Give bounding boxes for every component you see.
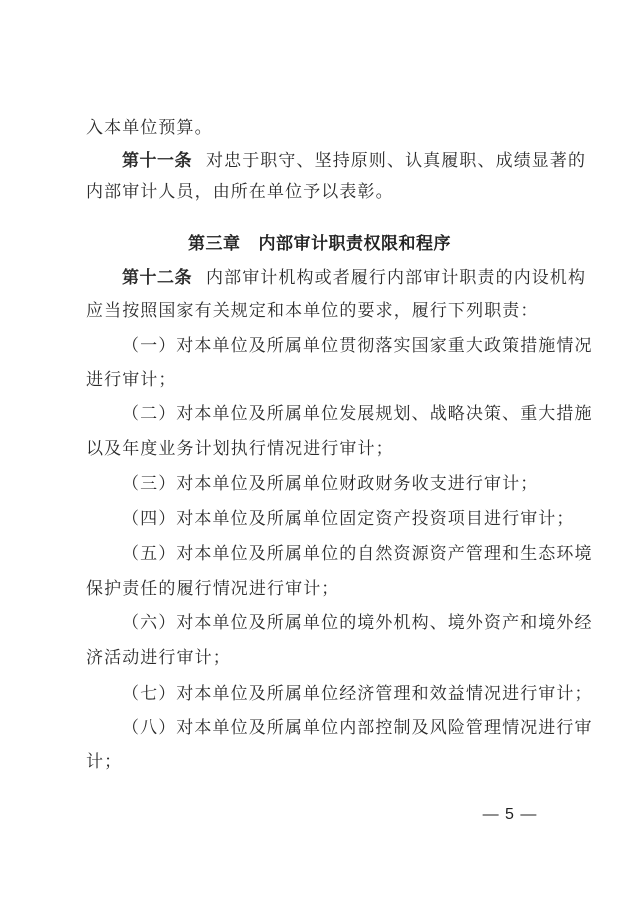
list-item-8-continuation: 计； (86, 750, 552, 774)
chapter-heading: 第三章内部审计职责权限和程序 (0, 232, 639, 256)
list-item-1: （一）对本单位及所属单位贯彻落实国家重大政策措施情况 (122, 334, 552, 358)
list-item-5: （五）对本单位及所属单位的自然资源资产管理和生态环境 (122, 542, 552, 566)
text-line: 对忠于职守、坚持原则、认真履职、成绩显著的 (206, 151, 586, 171)
chapter-title: 内部审计职责权限和程序 (259, 234, 452, 254)
text-line: （六）对本单位及所属单位的境外机构、境外资产和境外经 (122, 613, 593, 633)
text-line: （一）对本单位及所属单位贯彻落实国家重大政策措施情况 (122, 336, 593, 356)
text-line: 内部审计机构或者履行内部审计职责的内设机构 (206, 268, 586, 288)
article-11: 第十一条对忠于职守、坚持原则、认真履职、成绩显著的 (122, 149, 552, 173)
chapter-label: 第三章 (188, 234, 241, 254)
list-item-8: （八）对本单位及所属单位内部控制及风险管理情况进行审 (122, 716, 552, 740)
article-label: 第十一条 (122, 151, 192, 171)
list-item-2-continuation: 以及年度业务计划执行情况进行审计； (86, 437, 552, 461)
text-line: （八）对本单位及所属单位内部控制及风险管理情况进行审 (122, 718, 593, 738)
text-line: （五）对本单位及所属单位的自然资源资产管理和生态环境 (122, 544, 593, 564)
paragraph-continuation: 入本单位预算。 (86, 116, 552, 140)
text-line: 入本单位预算。 (86, 118, 213, 138)
list-item-5-continuation: 保护责任的履行情况进行审计； (86, 577, 552, 601)
text-line: 应当按照国家有关规定和本单位的要求，履行下列职责： (86, 301, 539, 321)
text-line: 进行审计； (86, 370, 177, 390)
text-line: 以及年度业务计划执行情况进行审计； (86, 439, 394, 459)
page-number: — 5 — (480, 803, 540, 827)
text-line: 保护责任的履行情况进行审计； (86, 579, 339, 599)
list-item-7: （七）对本单位及所属单位经济管理和效益情况进行审计； (122, 682, 552, 706)
list-item-6: （六）对本单位及所属单位的境外机构、境外资产和境外经 (122, 611, 552, 635)
article-12-continuation: 应当按照国家有关规定和本单位的要求，履行下列职责： (86, 299, 552, 323)
list-item-2: （二）对本单位及所属单位发展规划、战略决策、重大措施 (122, 402, 552, 426)
text-line: 济活动进行审计； (86, 648, 231, 668)
article-12: 第十二条内部审计机构或者履行内部审计职责的内设机构 (122, 266, 552, 290)
list-item-3: （三）对本单位及所属单位财政财务收支进行审计； (122, 472, 552, 496)
list-item-4: （四）对本单位及所属单位固定资产投资项目进行审计； (122, 507, 552, 531)
list-item-1-continuation: 进行审计； (86, 368, 552, 392)
text-line: 计； (86, 752, 122, 772)
text-line: （七）对本单位及所属单位经济管理和效益情况进行审计； (122, 684, 593, 704)
text-line: （三）对本单位及所属单位财政财务收支进行审计； (122, 474, 538, 494)
list-item-6-continuation: 济活动进行审计； (86, 646, 552, 670)
text-line: （四）对本单位及所属单位固定资产投资项目进行审计； (122, 509, 575, 529)
text-line: 内部审计人员，由所在单位予以表彰。 (86, 182, 394, 202)
document-page: 入本单位预算。 第十一条对忠于职守、坚持原则、认真履职、成绩显著的 内部审计人员… (0, 0, 639, 905)
article-label: 第十二条 (122, 268, 192, 288)
text-line: （二）对本单位及所属单位发展规划、战略决策、重大措施 (122, 404, 593, 424)
article-11-continuation: 内部审计人员，由所在单位予以表彰。 (86, 180, 552, 204)
